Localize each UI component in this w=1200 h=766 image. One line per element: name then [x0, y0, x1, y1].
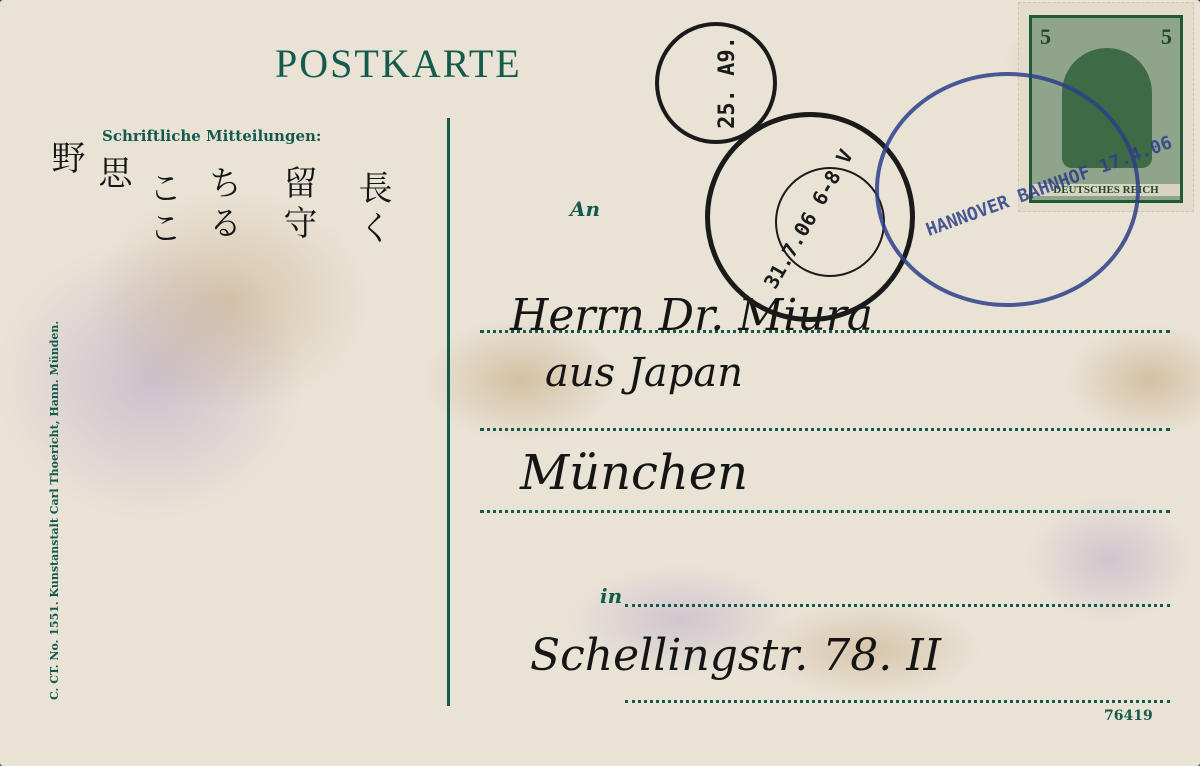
postmark-small-text: 25. A9.	[715, 36, 740, 129]
message-label: Schriftliche Mitteilungen:	[102, 127, 321, 145]
postcard-title: POSTKARTE	[275, 40, 522, 87]
handwritten-city: München	[520, 445, 748, 501]
handwritten-origin: aus Japan	[545, 350, 743, 396]
address-line-2	[480, 428, 1170, 431]
location-prefix: in	[600, 584, 622, 608]
japanese-column-6: 野	[48, 140, 82, 180]
japanese-column-1: 長く	[355, 170, 389, 250]
japanese-column-5: 思	[95, 155, 129, 195]
stamp-value-right: 5	[1161, 24, 1172, 50]
publisher-imprint: C. CT. No. 1551. Kunstanstalt Carl Thoer…	[48, 321, 61, 700]
center-divider	[447, 118, 450, 706]
address-line-3	[480, 510, 1170, 513]
card-number: 76419	[1104, 708, 1153, 724]
japanese-column-3: ちる	[205, 165, 239, 245]
address-prefix: An	[570, 197, 600, 221]
japanese-column-2: 留守	[280, 165, 314, 245]
postcard: POSTKARTE Schriftliche Mitteilungen: C. …	[0, 0, 1200, 766]
handwritten-street: Schellingstr. 78. II	[530, 630, 941, 681]
postmark-hannover: HANNOVER BAHNHOF 17.4.06	[875, 72, 1140, 307]
japanese-column-4: ここ	[145, 170, 179, 250]
postmark-hannover-text: HANNOVER BAHNHOF 17.4.06	[923, 132, 1175, 241]
stamp-value-left: 5	[1040, 24, 1051, 50]
address-line-5	[625, 700, 1170, 703]
address-line-4	[625, 604, 1170, 607]
